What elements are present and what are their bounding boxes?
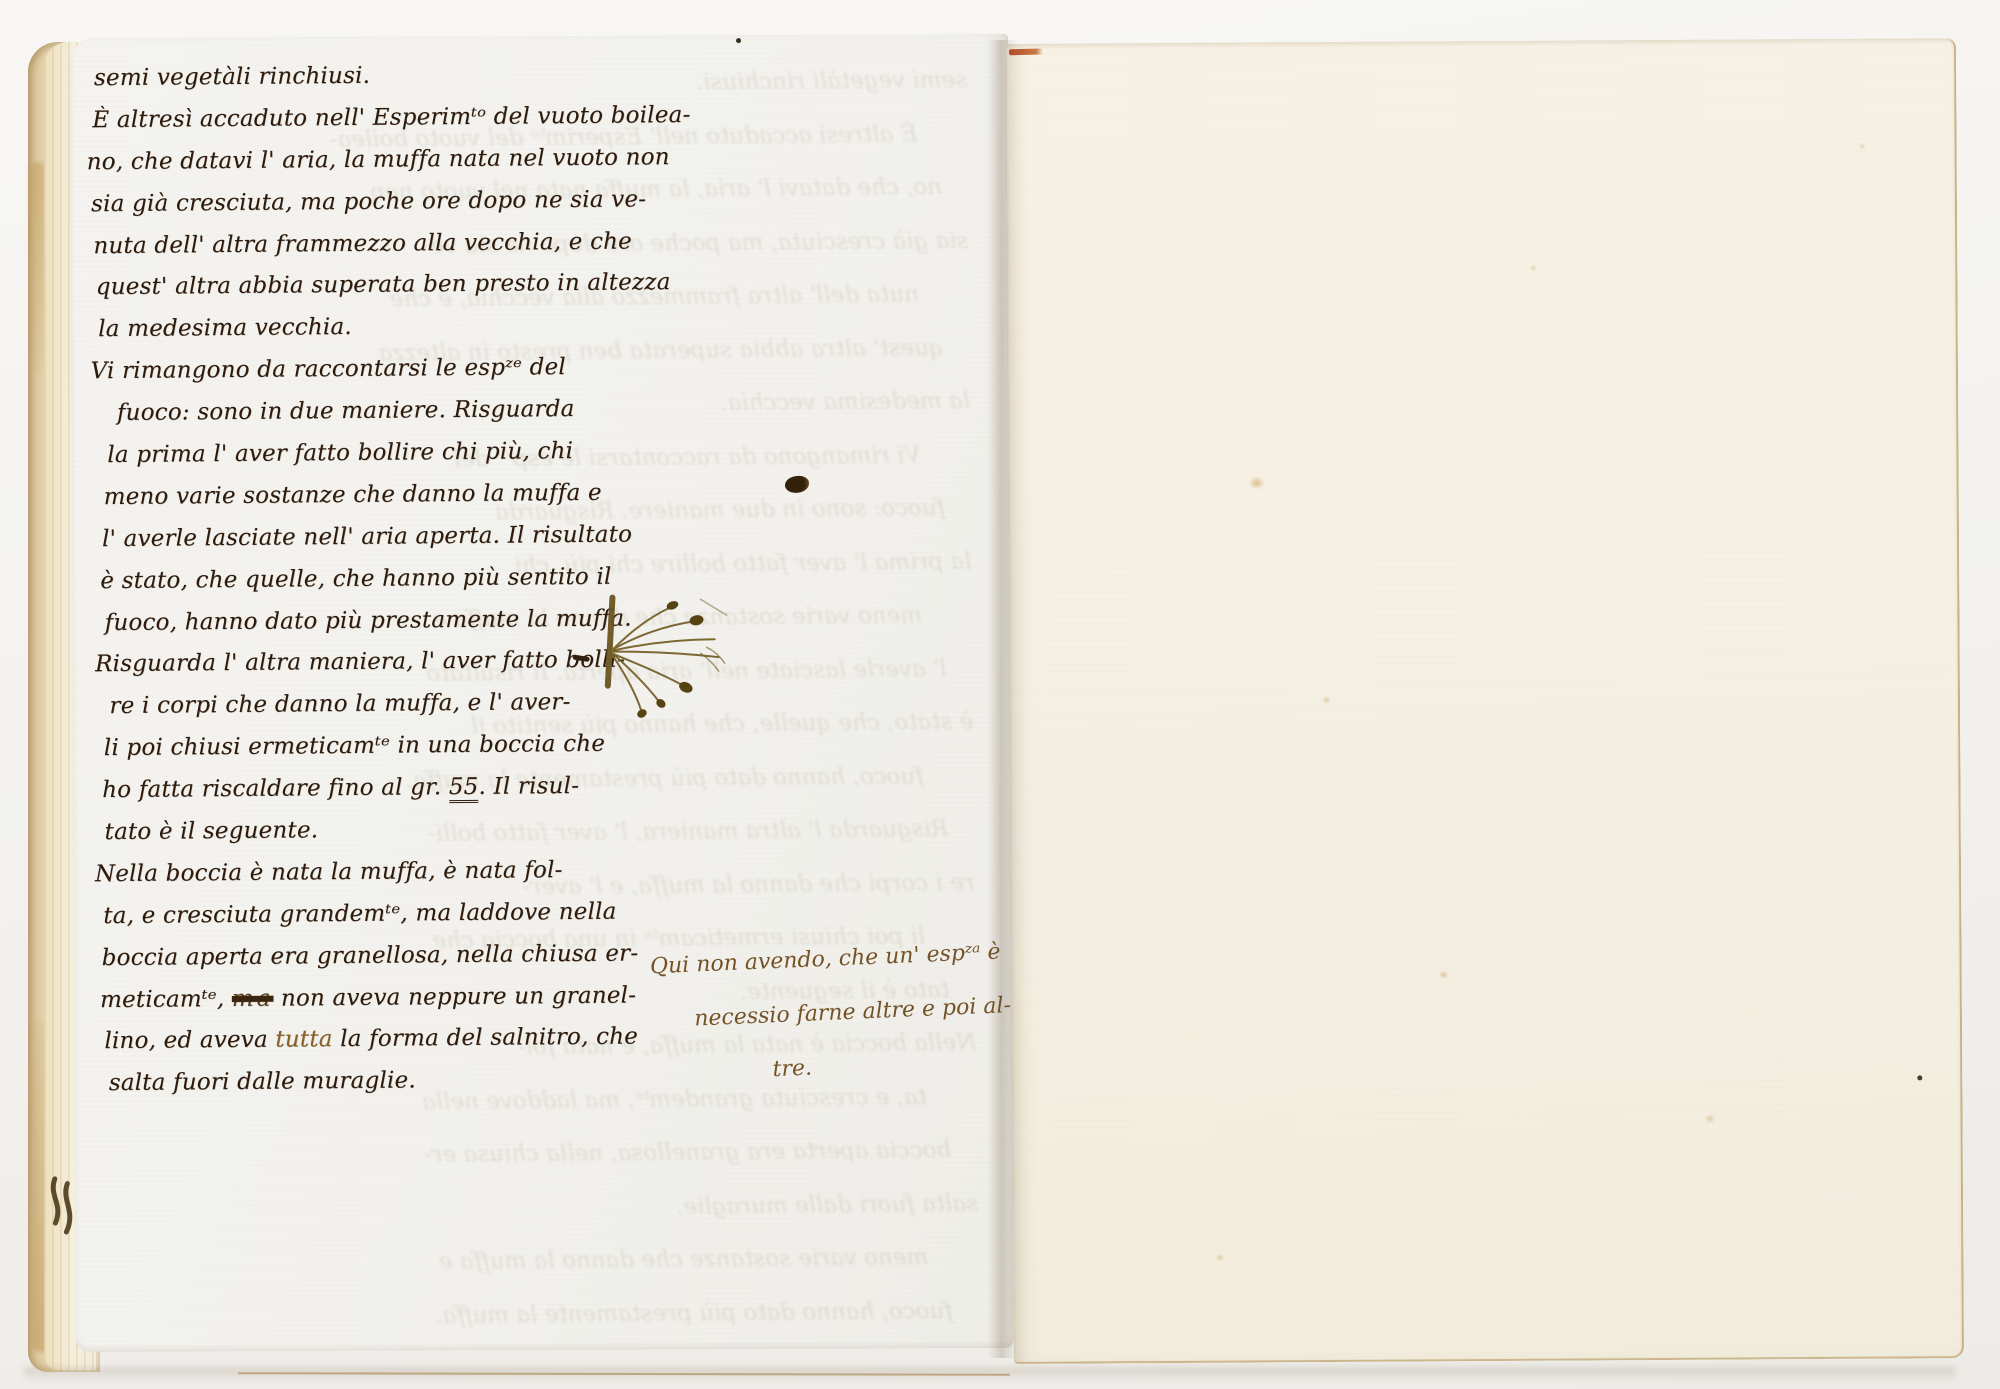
book-shadow (24, 1367, 1956, 1382)
open-book: semi vegetàli rinchiusi. È altresì accad… (0, 0, 2000, 1389)
text-segment: meticamᵗᵉ, (100, 986, 232, 1013)
text-line: no, che datavi l' aria, la muffa nata ne… (87, 136, 691, 183)
text-line: boccia aperta era granellosa, nella chiu… (101, 932, 697, 979)
text-line: quest' altra abbia superata ben presto i… (96, 261, 692, 308)
bleedthrough-line: boccia aperta era granellosa, nella chiu… (81, 1124, 985, 1186)
text-line: salta fuori dalle muraglie. (109, 1057, 699, 1104)
text-line: ho fatta riscaldare fino al gr. 55. Il r… (102, 764, 696, 811)
foxing-spot (1705, 1114, 1716, 1124)
left-page: semi vegetàli rinchiusi. È altresì accad… (70, 34, 1014, 1352)
text-line: li poi chiusi ermeticamᵗᵉ in una boccia … (104, 722, 696, 769)
faded-word: tutta (275, 1027, 332, 1053)
text-segment: . Il risul- (478, 773, 579, 800)
text-segment: lino, ed aveva (104, 1027, 275, 1054)
text-segment: la forma del salnitro, che (333, 1024, 639, 1053)
text-line: ta, e cresciuta grandemᵗᵉ, ma laddove ne… (103, 890, 697, 937)
text-segment: ho fatta riscaldare fino al gr. (102, 774, 449, 803)
foxing-spot (1529, 265, 1537, 272)
text-line: semi vegetàli rinchiusi. (94, 52, 690, 99)
text-line: È altresì accaduto nell' Esperimᵗᵒ del v… (92, 94, 690, 141)
text-line: fuoco: sono in due maniere. Risguarda (117, 387, 693, 434)
text-segment: non aveva neppure un granel- (273, 982, 636, 1011)
paper-speck (1917, 1075, 1922, 1080)
text-line: Vi rimangono da raccontarsi le espᶻᵉ del (90, 345, 692, 392)
manuscript-text: semi vegetàli rinchiusi. È altresì accad… (86, 52, 699, 1104)
bleedthrough-line: salta fuori dalle muraglie. (108, 1177, 986, 1239)
right-page (1006, 38, 1964, 1364)
paper-speck (736, 38, 741, 43)
binding-sliver (1009, 48, 1043, 55)
text-line: la prima l' aver fatto bollire chi più, … (107, 429, 693, 476)
foxing-spot (1859, 143, 1866, 150)
text-line: meticamᵗᵉ, ma non aveva neppure un grane… (100, 974, 698, 1021)
foxing-spot (1322, 696, 1331, 704)
text-line: tato è il seguente. (104, 806, 696, 853)
margin-note: Qui non avendo, che un' espᶻᵃ è necessio… (649, 925, 1014, 1102)
foxing-spot (1439, 970, 1449, 979)
text-line: lino, ed aveva tutta la forma del salnit… (104, 1015, 698, 1062)
text-line: Nella boccia è nata la muffa, è nata fol… (95, 848, 697, 895)
text-line: nuta dell' altra frammezzo alla vecchia,… (93, 220, 691, 267)
text-line: meno varie sostanze che danno la muffa e (103, 471, 693, 518)
foxing-spot (1249, 476, 1265, 489)
margin-note-line: tre. (771, 1033, 1014, 1097)
bleedthrough-line: fuoco, hanno dato più prestamente la muf… (83, 1284, 987, 1346)
text-line: la medesima vecchia. (98, 303, 692, 350)
text-line: sia già cresciuta, ma poche ore dopo ne … (91, 178, 691, 225)
struck-word: ma (232, 985, 274, 1011)
text-line: l' averle lasciate nell' aria aperta. Il… (102, 513, 694, 560)
photo-backdrop: semi vegetàli rinchiusi. È altresì accad… (0, 0, 2000, 1389)
underlined-degree-value: 55 (449, 775, 479, 803)
foxing-spot (1215, 1254, 1224, 1262)
mold-sprig-sketch (588, 587, 744, 728)
bleedthrough-line: meno varie sostanze che danno la muffa e (58, 1231, 986, 1293)
